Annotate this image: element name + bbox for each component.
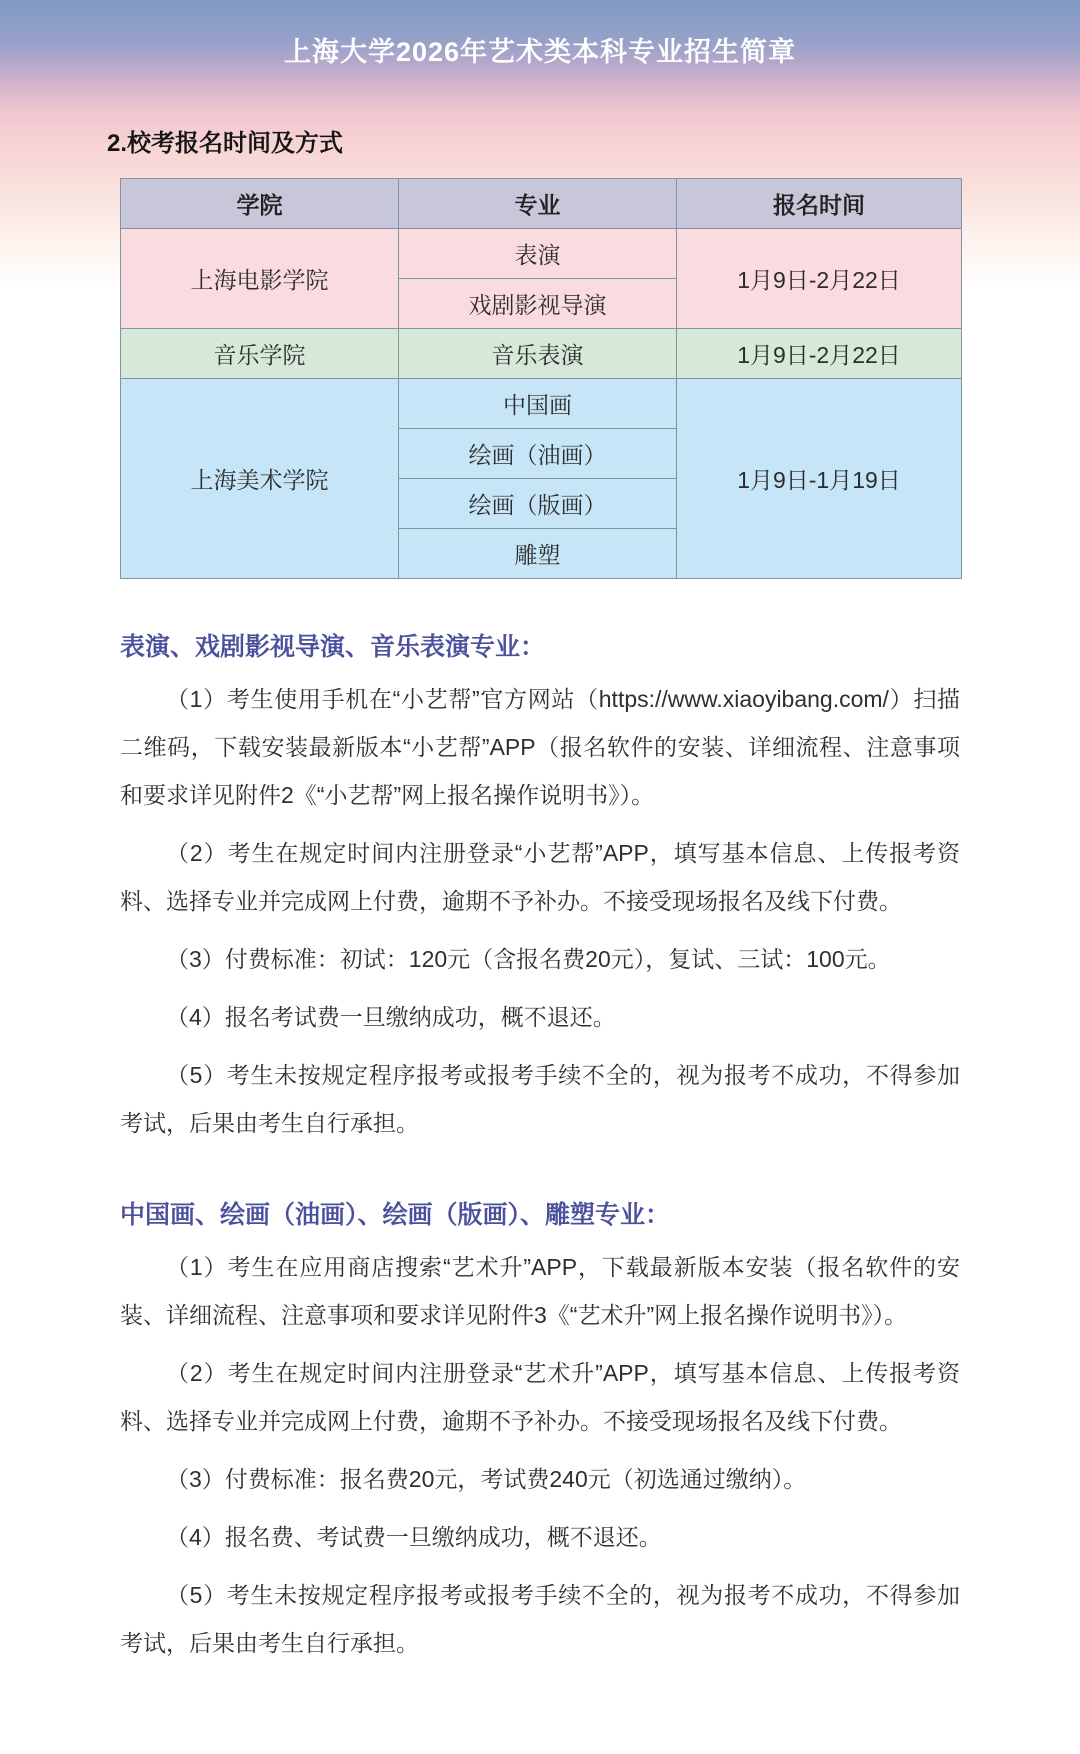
time-cell: 1月9日-2月22日	[677, 329, 962, 379]
major-cell: 雕塑	[399, 529, 677, 579]
major-cell: 音乐表演	[399, 329, 677, 379]
instructions-section-performance: 表演、戏剧影视导演、音乐表演专业： （1）考生使用手机在“小艺帮”官方网站（ht…	[120, 629, 960, 1147]
block-heading-fine-arts: 中国画、绘画（油画）、绘画（版画）、雕塑专业：	[120, 1197, 960, 1233]
paragraph: （5）考生未按规定程序报考或报考手续不全的，视为报考不成功，不得参加考试，后果由…	[120, 1571, 960, 1667]
header-major: 专业	[399, 179, 677, 229]
college-cell: 音乐学院	[121, 329, 399, 379]
table-row: 音乐学院 音乐表演 1月9日-2月22日	[121, 329, 962, 379]
block-heading-performance: 表演、戏剧影视导演、音乐表演专业：	[120, 629, 960, 665]
college-cell: 上海电影学院	[121, 229, 399, 329]
paragraph: （1）考生在应用商店搜索“艺术升”APP，下载最新版本安装（报名软件的安装、详细…	[120, 1243, 960, 1339]
major-cell: 绘画（油画）	[399, 429, 677, 479]
paragraph: （1）考生使用手机在“小艺帮”官方网站（https://www.xiaoyiba…	[120, 675, 960, 819]
section-heading: 2.校考报名时间及方式	[107, 126, 960, 162]
paragraph: （5）考生未按规定程序报考或报考手续不全的，视为报考不成功，不得参加考试，后果由…	[120, 1051, 960, 1147]
paragraph: （4）报名费、考试费一旦缴纳成功，概不退还。	[120, 1513, 960, 1561]
instructions-section-fine-arts: 中国画、绘画（油画）、绘画（版画）、雕塑专业： （1）考生在应用商店搜索“艺术升…	[120, 1197, 960, 1667]
admission-document-page: 上海大学2026年艺术类本科专业招生简章 2.校考报名时间及方式 学院 专业 报…	[0, 0, 1080, 1754]
header-college: 学院	[121, 179, 399, 229]
paragraph: （2）考生在规定时间内注册登录“小艺帮”APP，填写基本信息、上传报考资料、选择…	[120, 829, 960, 925]
table-header-row: 学院 专业 报名时间	[121, 179, 962, 229]
paragraph: （3）付费标准：初试：120元（含报名费20元），复试、三试：100元。	[120, 935, 960, 983]
page-title: 上海大学2026年艺术类本科专业招生简章	[0, 30, 1080, 69]
table-row: 上海电影学院 表演 1月9日-2月22日	[121, 229, 962, 279]
table-row: 上海美术学院 中国画 1月9日-1月19日	[121, 379, 962, 429]
paragraph: （2）考生在规定时间内注册登录“艺术升”APP，填写基本信息、上传报考资料、选择…	[120, 1349, 960, 1445]
document-content: 2.校考报名时间及方式 学院 专业 报名时间 上海电影学院 表演 1月9日-2月…	[120, 126, 960, 1677]
header-signup-time: 报名时间	[677, 179, 962, 229]
major-cell: 绘画（版画）	[399, 479, 677, 529]
paragraph: （3）付费标准：报名费20元，考试费240元（初选通过缴纳）。	[120, 1455, 960, 1503]
time-cell: 1月9日-2月22日	[677, 229, 962, 329]
paragraph: （4）报名考试费一旦缴纳成功，概不退还。	[120, 993, 960, 1041]
college-cell: 上海美术学院	[121, 379, 399, 579]
major-cell: 表演	[399, 229, 677, 279]
time-cell: 1月9日-1月19日	[677, 379, 962, 579]
signup-schedule-table: 学院 专业 报名时间 上海电影学院 表演 1月9日-2月22日 戏剧影视导演 音…	[120, 178, 962, 579]
major-cell: 戏剧影视导演	[399, 279, 677, 329]
major-cell: 中国画	[399, 379, 677, 429]
